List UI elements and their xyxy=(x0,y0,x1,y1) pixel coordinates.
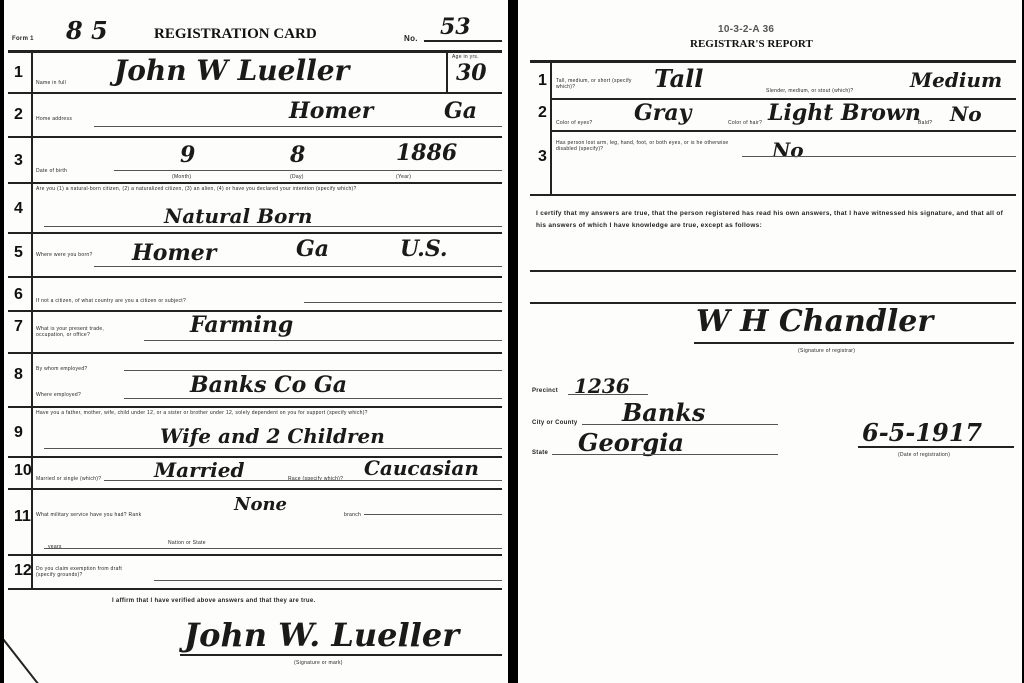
rule xyxy=(858,446,1014,448)
rule xyxy=(364,514,502,515)
field-label: What is your present trade, occupation, … xyxy=(36,326,116,338)
row-number: 2 xyxy=(14,106,23,124)
row-number: 11 xyxy=(14,508,31,526)
precinct-label: Precinct xyxy=(532,388,558,394)
field-label: Race (specify which)? xyxy=(288,476,343,482)
serial-number: 8 5 xyxy=(66,16,108,45)
employer-location: Banks Co Ga xyxy=(190,372,347,398)
registration-date: 6-5-1917 xyxy=(862,418,982,447)
registrar-signature: W H Chandler xyxy=(696,304,933,339)
field-label: Are you (1) a natural-born citizen, (2) … xyxy=(36,186,496,192)
row-number: 3 xyxy=(14,152,23,170)
affirmation-text: I affirm that I have verified above answ… xyxy=(112,598,316,604)
hair-color-value: Light Brown xyxy=(768,100,921,126)
rule xyxy=(552,454,778,455)
dependents-value: Wife and 2 Children xyxy=(160,424,385,448)
no-label: No. xyxy=(404,34,418,43)
row-number: 1 xyxy=(14,64,23,82)
field-label: years xyxy=(48,544,62,550)
caption: (Day) xyxy=(290,174,304,180)
rule xyxy=(154,580,502,581)
field-label: Color of hair? xyxy=(728,120,762,126)
bald-value: No xyxy=(950,102,982,126)
rule xyxy=(8,232,502,234)
row-number: 10 xyxy=(14,462,32,480)
row-number: 12 xyxy=(14,562,32,580)
field-label: Color of eyes? xyxy=(556,120,592,126)
field-label: Date of birth xyxy=(36,168,67,174)
rule xyxy=(44,548,502,549)
signature-line xyxy=(694,342,1014,344)
row-number: 2 xyxy=(538,104,547,122)
corner-cut xyxy=(4,593,74,683)
birth-nation: U.S. xyxy=(400,236,448,262)
rule xyxy=(94,126,502,127)
birth-month: 9 xyxy=(180,142,195,168)
card-title: REGISTRATION CARD xyxy=(154,26,317,43)
registrant-signature: John W. Lueller xyxy=(184,616,459,654)
rule xyxy=(530,194,1016,196)
rule xyxy=(304,302,502,303)
rule xyxy=(446,50,448,92)
registration-card: Form 1 8 5 REGISTRATION CARD No. 53 1 Na… xyxy=(4,0,508,683)
field-label: Bald? xyxy=(918,120,932,126)
field-label: Has person lost arm, leg, hand, foot, or… xyxy=(556,140,736,152)
rule xyxy=(8,92,502,94)
rule xyxy=(530,60,1016,63)
certification-text: I certify that my answers are true, that… xyxy=(536,208,1014,232)
field-label: Married or single (which)? xyxy=(36,476,101,482)
form-label: Form 1 xyxy=(12,36,34,42)
rule xyxy=(8,554,502,556)
state-label: State xyxy=(532,450,548,456)
rule xyxy=(742,156,1016,157)
eye-color-value: Gray xyxy=(634,100,691,126)
name-value: John W Lueller xyxy=(114,54,349,87)
rule xyxy=(8,276,502,278)
margin-rule xyxy=(550,60,552,194)
report-title: REGISTRAR'S REPORT xyxy=(690,38,813,50)
field-label: Slender, medium, or stout (which)? xyxy=(766,88,853,94)
birth-town: Homer xyxy=(132,240,216,266)
field-label: Tall, medium, or short (specify which)? xyxy=(556,78,636,90)
rule xyxy=(114,170,502,171)
rule xyxy=(8,50,502,53)
field-label: Name in full xyxy=(36,80,66,86)
field-label: Nation or State xyxy=(168,540,206,546)
card-number: 53 xyxy=(440,14,471,40)
caption: (Month) xyxy=(172,174,191,180)
build-value: Medium xyxy=(910,68,1002,92)
signature-line xyxy=(180,654,502,656)
rule xyxy=(582,424,778,425)
rule xyxy=(124,370,502,371)
disability-value: No xyxy=(772,138,804,162)
field-label: branch xyxy=(344,512,361,518)
field-label: Where employed? xyxy=(36,392,81,398)
birth-day: 8 xyxy=(290,142,305,168)
date-caption: (Date of registration) xyxy=(898,452,950,458)
row-number: 4 xyxy=(14,200,23,218)
caption: (Year) xyxy=(396,174,411,180)
row-number: 5 xyxy=(14,244,23,262)
rule xyxy=(8,352,502,354)
home-town: Homer xyxy=(289,98,373,124)
field-label: If not a citizen, of what country are yo… xyxy=(36,298,186,304)
home-state: Ga xyxy=(444,98,477,124)
rule xyxy=(8,588,502,590)
birth-year: 1886 xyxy=(396,140,457,166)
county-label: City or County xyxy=(532,420,578,426)
field-label: What military service have you had? Rank xyxy=(36,512,141,518)
rule xyxy=(8,136,502,138)
rule xyxy=(8,182,502,184)
rule xyxy=(8,406,502,408)
registrar-caption: (Signature of registrar) xyxy=(798,348,855,354)
row-number: 8 xyxy=(14,366,23,384)
row-number: 1 xyxy=(538,72,547,90)
row-number: 3 xyxy=(538,148,547,166)
citizenship-value: Natural Born xyxy=(164,204,312,228)
stamp: 10-3-2-A 36 xyxy=(718,24,774,35)
field-label: By whom employed? xyxy=(36,366,88,372)
row-number: 6 xyxy=(14,286,23,304)
rule xyxy=(530,270,1016,272)
row-number: 9 xyxy=(14,424,23,442)
rule xyxy=(568,394,648,395)
military-rank-value: None xyxy=(234,494,287,515)
field-label: Do you claim exemption from draft (speci… xyxy=(36,566,136,578)
rule xyxy=(550,130,1016,132)
rule xyxy=(44,226,502,227)
state-value: Georgia xyxy=(578,428,684,457)
row-number: 7 xyxy=(14,318,23,336)
rule xyxy=(424,40,502,42)
field-label: Have you a father, mother, wife, child u… xyxy=(36,410,496,416)
field-label: Where were you born? xyxy=(36,252,93,258)
signature-caption: (Signature or mark) xyxy=(294,660,343,666)
age-value: 30 xyxy=(456,60,487,86)
field-label: Home address xyxy=(36,116,72,122)
height-value: Tall xyxy=(654,64,703,93)
rule xyxy=(124,398,502,399)
birth-state: Ga xyxy=(296,236,329,262)
margin-rule xyxy=(31,50,33,590)
rule xyxy=(94,266,502,267)
county-value: Banks xyxy=(622,398,705,427)
occupation-value: Farming xyxy=(190,312,293,338)
race-value: Caucasian xyxy=(364,456,479,480)
rule xyxy=(8,488,502,490)
rule xyxy=(44,448,502,449)
rule xyxy=(144,340,502,341)
registrars-report: 10-3-2-A 36 REGISTRAR'S REPORT 1 Tall, m… xyxy=(518,0,1022,683)
rule xyxy=(104,480,502,481)
marital-status-value: Married xyxy=(154,458,244,482)
